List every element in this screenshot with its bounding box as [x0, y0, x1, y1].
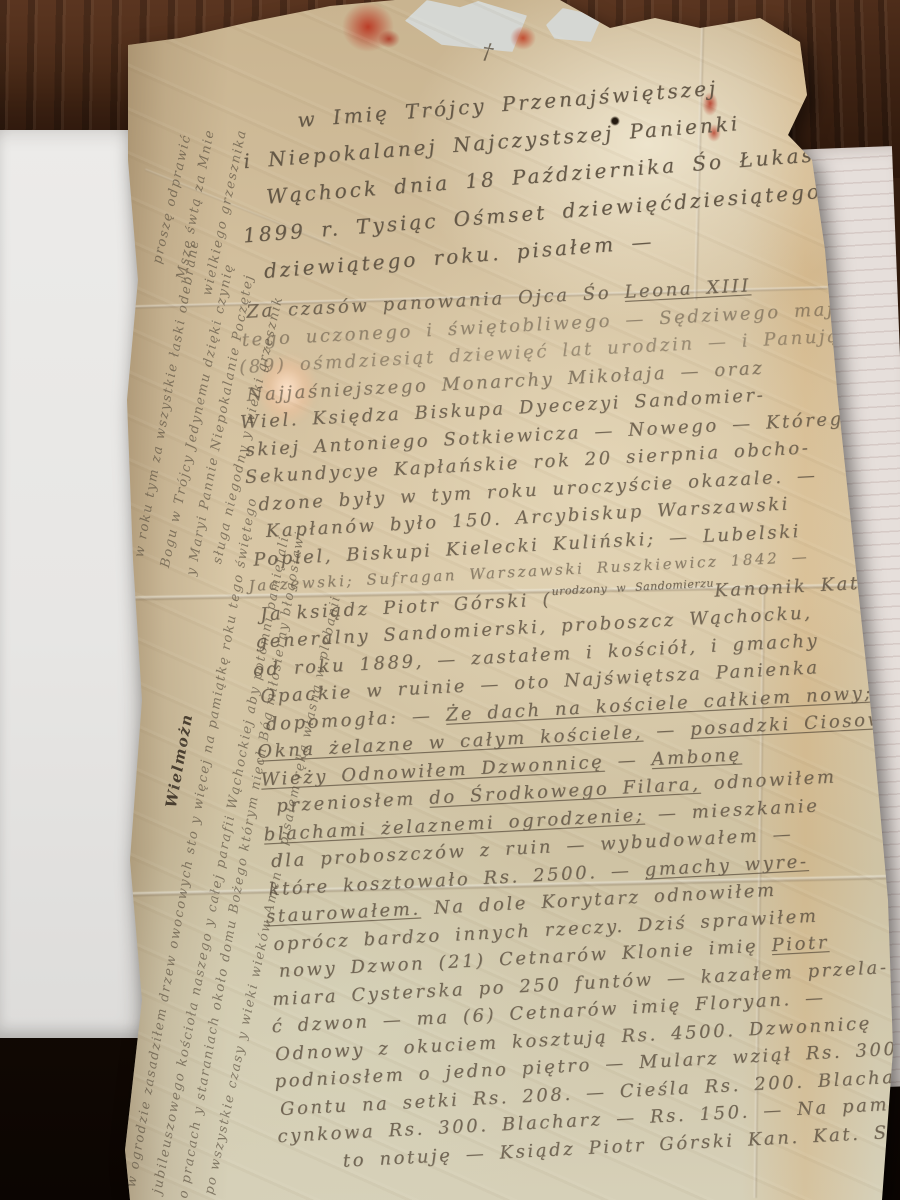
photo-of-manuscript: † proszę odprawićMszę śwtą za Mniewielki… [0, 0, 900, 1200]
parchment-paper: † proszę odprawićMszę śwtą za Mniewielki… [110, 0, 900, 1200]
margin-note: Wielmożn [162, 712, 196, 809]
manuscript-document: † proszę odprawićMszę śwtą za Mniewielki… [110, 0, 900, 1200]
margin-note: w roku tym za wszystkie łaski odebrane [132, 238, 203, 559]
letter-body: Za czasów panowania Ojca Śo Leona XIIIte… [234, 268, 900, 1181]
handwriting-layer: w Imię Trójcy Przenajświętszeji Niepokal… [223, 71, 900, 1181]
